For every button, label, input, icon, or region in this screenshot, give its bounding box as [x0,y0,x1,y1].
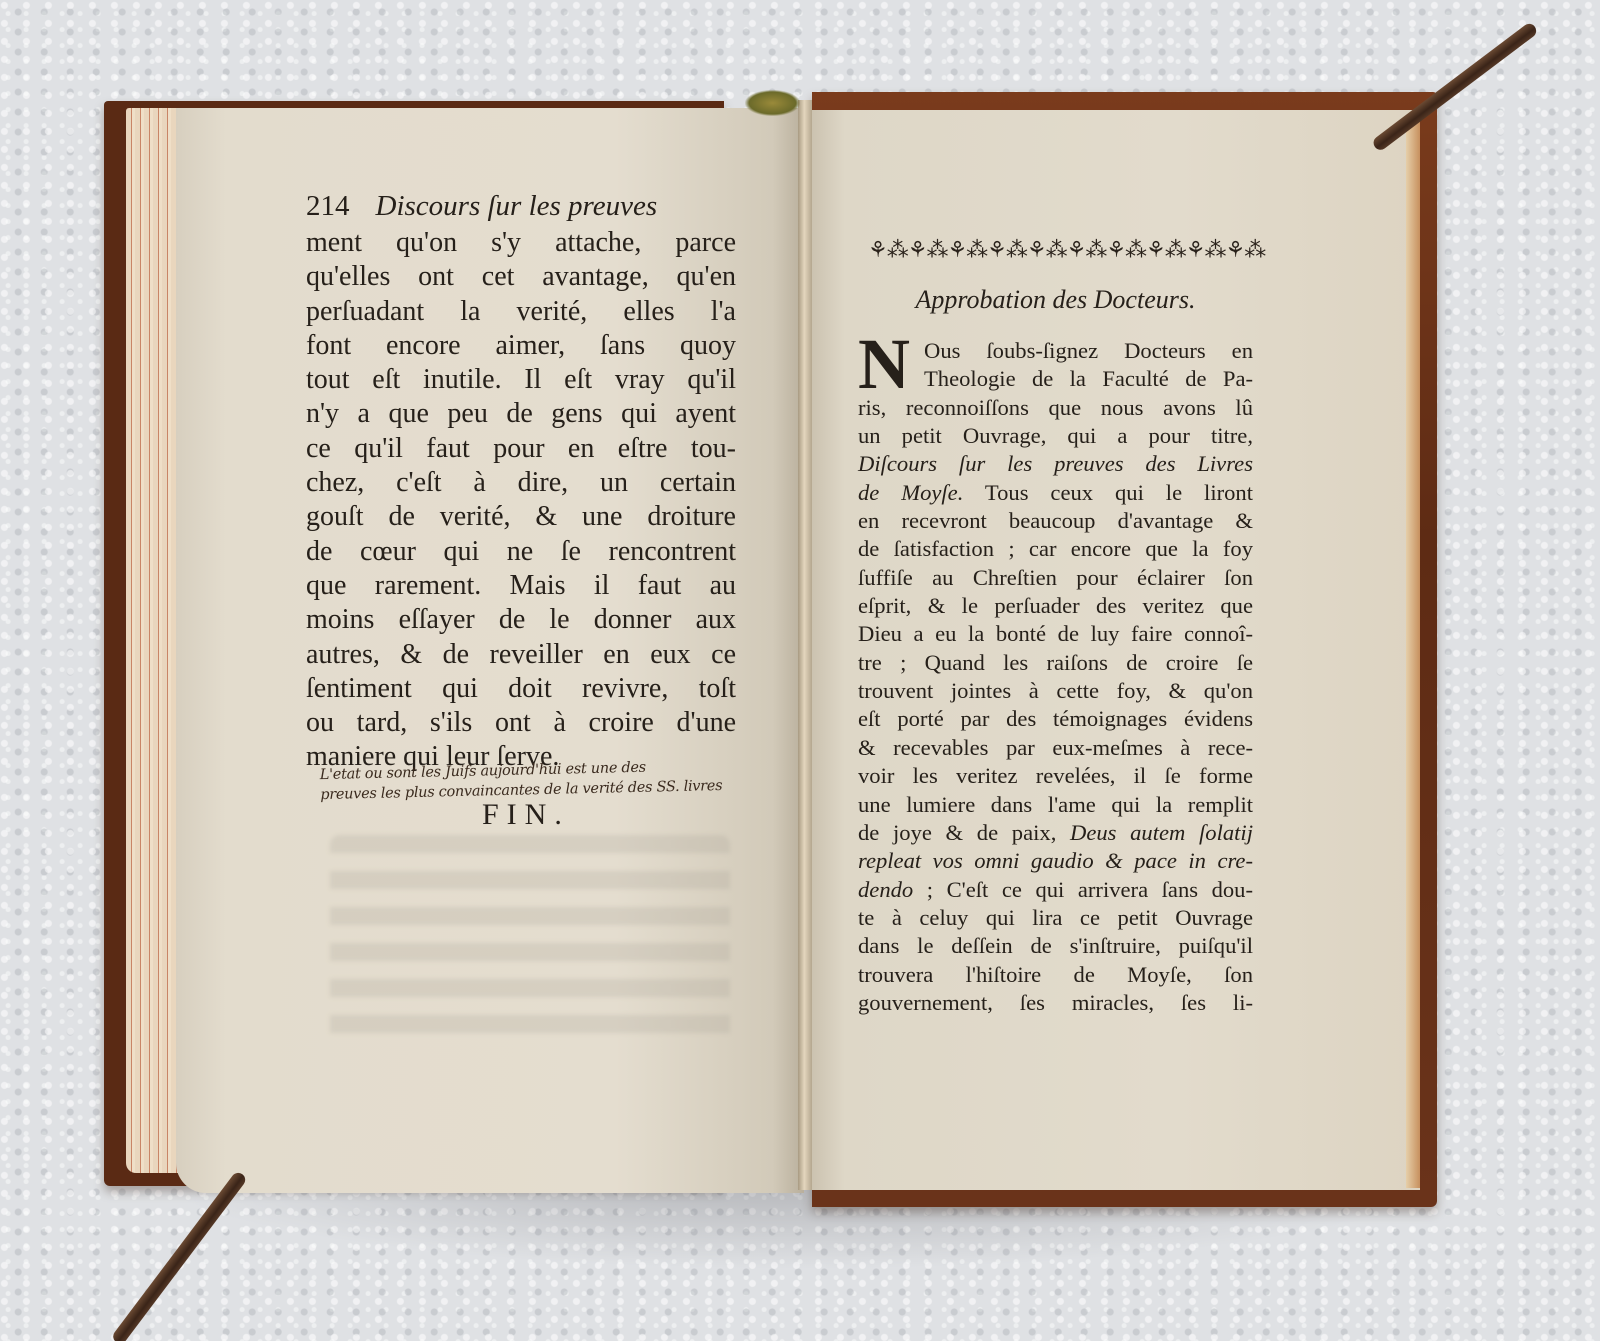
left-body: ment qu'on s'y attache, parcequ'elles on… [306,226,736,775]
right-page-text: ⚘⁂⚘⁂⚘⁂⚘⁂⚘⁂⚘⁂⚘⁂⚘⁂⚘⁂⚘⁂ Approbation des Doc… [858,238,1253,1017]
text-line: Diſcours ſur les preuves des Livres [858,450,1253,478]
text-line: Ous ſoubs-ſignez Docteurs en [858,337,1253,365]
text-line: eſt porté par des témoignages évidens [858,705,1253,733]
text-line: tout eſt inutile. Il eſt vray qu'il [306,363,736,397]
right-body: N Ous ſoubs-ſignez Docteurs enTheologie … [858,337,1253,1017]
text-line: de cœur qui ne ſe rencontrent [306,535,736,569]
text-line: ſuffiſe au Chreſtien pour éclairer ſon [858,564,1253,592]
headband [745,90,800,116]
text-line: dendo ; C'eſt ce qui arrivera ſans dou- [858,876,1253,904]
text-line: repleat vos omni gaudio & pace in cre- [858,847,1253,875]
text-line: Theologie de la Faculté de Pa- [858,365,1253,393]
text-line: de ſatisfaction ; car encore que la foy [858,535,1253,563]
text-line: un petit Ouvrage, qui a pour titre, [858,422,1253,450]
text-line: dans le deſſein de s'inſtruire, puiſqu'i… [858,932,1253,960]
end-mark: FIN. [482,798,570,832]
text-line: te à celuy qui lira ce petit Ouvrage [858,904,1253,932]
ornament-band: ⚘⁂⚘⁂⚘⁂⚘⁂⚘⁂⚘⁂⚘⁂⚘⁂⚘⁂⚘⁂ [858,238,1253,263]
text-line: ment qu'on s'y attache, parce [306,226,736,260]
text-line: trouvera l'hiſtoire de Moyſe, ſon [858,961,1253,989]
text-line: une lumiere dans l'ame qui la remplit [858,791,1253,819]
text-line: en recevront beaucoup d'avantage & [858,507,1253,535]
drop-cap: N [858,333,910,395]
text-line: tre ; Quand les raiſons de croire ſe [858,649,1253,677]
text-line: eſprit, & le perſuader des veritez que [858,592,1253,620]
text-line: moins eſſayer de le donner aux [306,603,736,637]
text-line: gouſt de verité, & une droiture [306,500,736,534]
section-title: Approbation des Docteurs. [858,285,1253,315]
text-line: font encore aimer, ſans quoy [306,329,736,363]
text-line: perſuadant la verité, elles l'a [306,295,736,329]
running-head: 214Discours ſur les preuves [306,186,736,226]
book-gutter [798,100,812,1190]
text-line: trouvent jointes à cette foy, & qu'on [858,677,1253,705]
text-line: ris, reconnoiſſons que nous avons lû [858,394,1253,422]
text-line: de joye & de paix, Deus autem ſolatij [858,819,1253,847]
text-line: gouvernement, ſes miracles, ſes li- [858,989,1253,1017]
text-line: ce qu'il faut pour en eſtre tou- [306,432,736,466]
text-line: chez, c'eſt à dire, un certain [306,466,736,500]
text-line: autres, & de reveiller en eux ce [306,638,736,672]
text-line: voir les veritez revelées, il ſe forme [858,762,1253,790]
page-number: 214 [306,190,350,222]
text-line: n'y a que peu de gens qui ayent [306,397,736,431]
text-line: ſentiment qui doit revivre, toſt [306,672,736,706]
show-through-text [330,835,730,1045]
text-line: de Moyſe. Tous ceux qui le liront [858,479,1253,507]
text-line: ou tard, s'ils ont à croire d'une [306,706,736,740]
text-line: que rarement. Mais il faut au [306,569,736,603]
text-line: & recevables par eux-meſmes à rece- [858,734,1253,762]
left-page-text: 214Discours ſur les preuves ment qu'on s… [306,186,736,775]
holding-rod-top-right [1371,21,1539,153]
running-head-title: Discours ſur les preuves [376,190,658,222]
right-page-edge [1406,118,1420,1188]
text-line: qu'elles ont cet avantage, qu'en [306,260,736,294]
text-line: Dieu a eu la bonté de luy faire connoî- [858,620,1253,648]
